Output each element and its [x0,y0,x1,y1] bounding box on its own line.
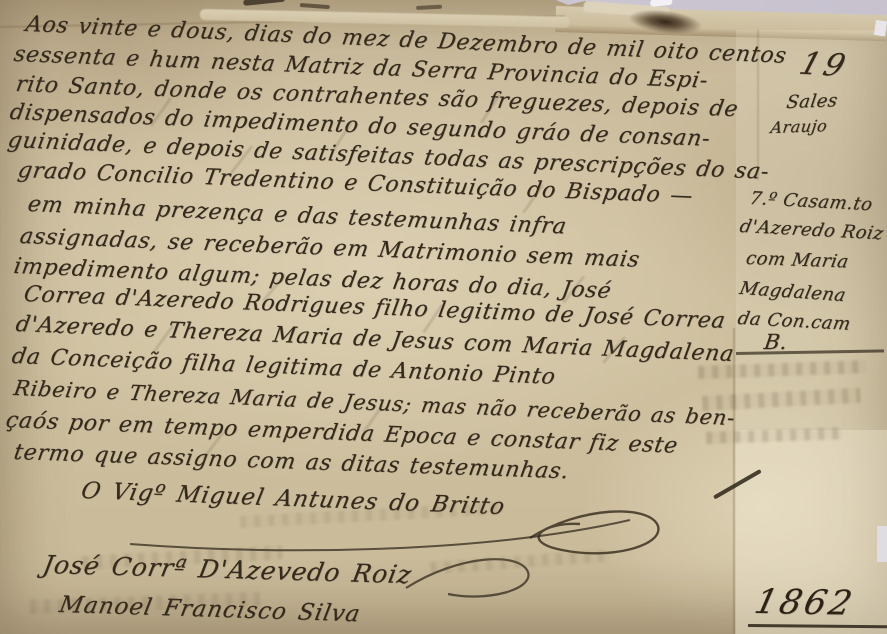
margin-note-line: com Maria [744,248,850,272]
page-edge-highlight [874,20,887,36]
year-label: 1862 [751,582,859,624]
page-edge-highlight [877,526,887,562]
margin-annotation: Sales [785,90,839,113]
document-photo: Aos vinte e dous, dias do mez de Dezembr… [0,0,887,634]
margin-annotation: Araujo [769,116,828,137]
